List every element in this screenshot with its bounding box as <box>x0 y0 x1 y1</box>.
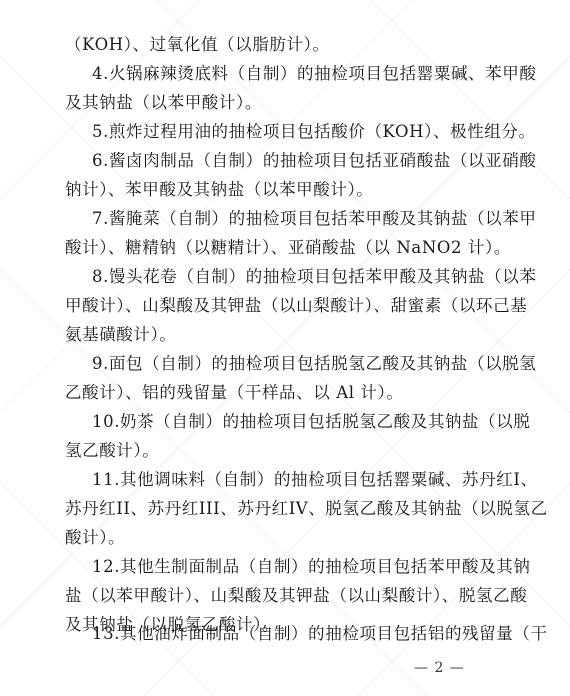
text-line: 12.其他生制面制品（自制）的抽检项目包括苯甲酸及其钠 <box>92 557 505 577</box>
text-line: 13.其他油炸面制品（自制）的抽检项目包括铝的残留量（干 <box>92 624 505 644</box>
text-line: 7.酱腌菜（自制）的抽检项目包括苯甲酸及其钠盐（以苯甲 <box>92 209 505 229</box>
text-line: 6.酱卤肉制品（自制）的抽检项目包括亚硝酸盐（以亚硝酸 <box>92 151 505 171</box>
text-line: 乙酸计）、铝的残留量（干样品、以 Al 计）。 <box>65 383 505 403</box>
text-line: 5.煎炸过程用油的抽检项目包括酸价（KOH）、极性组分。 <box>92 122 505 142</box>
text-line: 11.其他调味料（自制）的抽检项目包括罂粟碱、苏丹红I、 <box>92 470 505 490</box>
text-line: 8.馒头花卷（自制）的抽检项目包括苯甲酸及其钠盐（以苯 <box>92 267 505 287</box>
text-line: 氨基磺酸计）。 <box>65 325 505 345</box>
text-line: 盐（以苯甲酸计）、山梨酸及其钾盐（以山梨酸计）、脱氢乙酸 <box>65 586 505 606</box>
text-line: 9.面包（自制）的抽检项目包括脱氢乙酸及其钠盐（以脱氢 <box>92 354 505 374</box>
text-line: （KOH）、过氧化值（以脂肪计）。 <box>65 35 505 55</box>
text-line: 及其钠盐（以苯甲酸计）。 <box>65 93 505 113</box>
text-line: 10.奶茶（自制）的抽检项目包括脱氢乙酸及其钠盐（以脱 <box>92 412 505 432</box>
text-line: 4.火锅麻辣烫底料（自制）的抽检项目包括罂粟碱、苯甲酸 <box>92 64 505 84</box>
text-line: 酸计）。 <box>65 528 505 548</box>
page-number: — 2 — <box>414 660 465 676</box>
text-line: 氢乙酸计）。 <box>65 441 505 461</box>
text-line: 甲酸计）、山梨酸及其钾盐（以山梨酸计）、甜蜜素（以环己基 <box>65 296 505 316</box>
text-line: 钠计）、苯甲酸及其钠盐（以苯甲酸计）。 <box>65 180 505 200</box>
document-page: （KOH）、过氧化值（以脂肪计）。 4.火锅麻辣烫底料（自制）的抽检项目包括罂粟… <box>0 0 570 696</box>
text-line: 酸计）、糖精钠（以糖精计）、亚硝酸盐（以 NaNO2 计）。 <box>65 238 505 258</box>
text-line: 苏丹红II、苏丹红III、苏丹红IV、脱氢乙酸及其钠盐（以脱氢乙 <box>65 499 505 519</box>
